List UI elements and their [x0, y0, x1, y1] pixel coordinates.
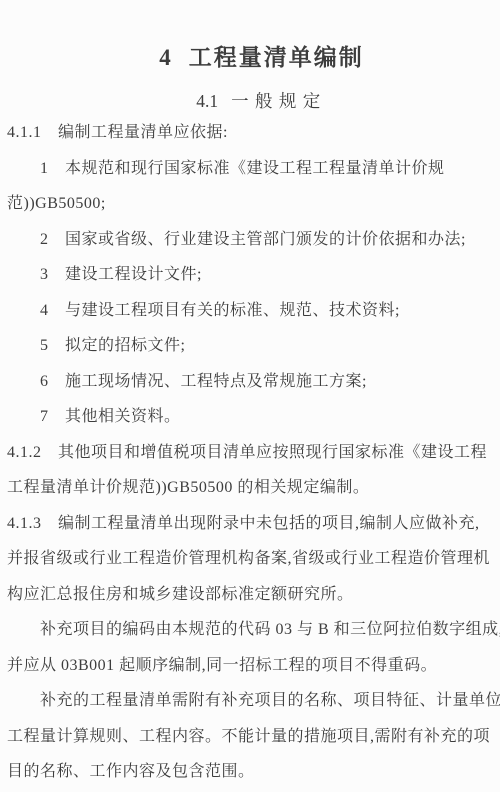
text-line: 5 拟定的招标文件;: [7, 328, 500, 364]
section-title: 一 般 规 定: [231, 91, 321, 111]
text-line: 6 施工现场情况、工程特点及常规施工方案;: [7, 364, 500, 400]
text-line: 补充的工程量清单需附有补充项目的名称、项目特征、计量单位、: [7, 683, 500, 719]
text-line: 并报省级或行业工程造价管理机构备案,省级或行业工程造价管理机: [7, 541, 500, 577]
text-line: 3 建设工程设计文件;: [7, 257, 500, 293]
text-line: 目的名称、工作内容及包含范围。: [7, 754, 500, 790]
text-line: 补充项目的编码由本规范的代码 03 与 B 和三位阿拉伯数字组成,: [7, 612, 500, 648]
text-line: 4.1.1 编制工程量清单应依据:: [7, 115, 500, 151]
text-line: 1 本规范和现行国家标准《建设工程工程量清单计价规: [7, 151, 500, 187]
text-line: 工程量清单计价规范))GB50500 的相关规定编制。: [7, 470, 500, 506]
text-line: 并应从 03B001 起顺序编制,同一招标工程的项目不得重码。: [7, 648, 500, 684]
document-page: 4工程量清单编制 4.1一 般 规 定 4.1.1 编制工程量清单应依据:1 本…: [0, 0, 500, 792]
text-line: 4 与建设工程项目有关的标准、规范、技术资料;: [7, 293, 500, 329]
text-line: 4.1.3 编制工程量清单出现附录中未包括的项目,编制人应做补充,: [7, 506, 500, 542]
text-line: 7 其他相关资料。: [7, 399, 500, 435]
section-number: 4.1: [196, 91, 218, 111]
text-line: 4.1.2 其他项目和增值税项目清单应按照现行国家标准《建设工程: [7, 435, 500, 471]
text-line: 2 国家或省级、行业建设主管部门颁发的计价依据和办法;: [7, 222, 500, 258]
text-line: 工程量计算规则、工程内容。不能计量的措施项目,需附有补充的项: [7, 719, 500, 755]
body-text: 4.1.1 编制工程量清单应依据:1 本规范和现行国家标准《建设工程工程量清单计…: [7, 115, 500, 790]
text-line: 范))GB50500;: [7, 186, 500, 222]
text-line: 构应汇总报住房和城乡建设部标准定额研究所。: [7, 577, 500, 613]
